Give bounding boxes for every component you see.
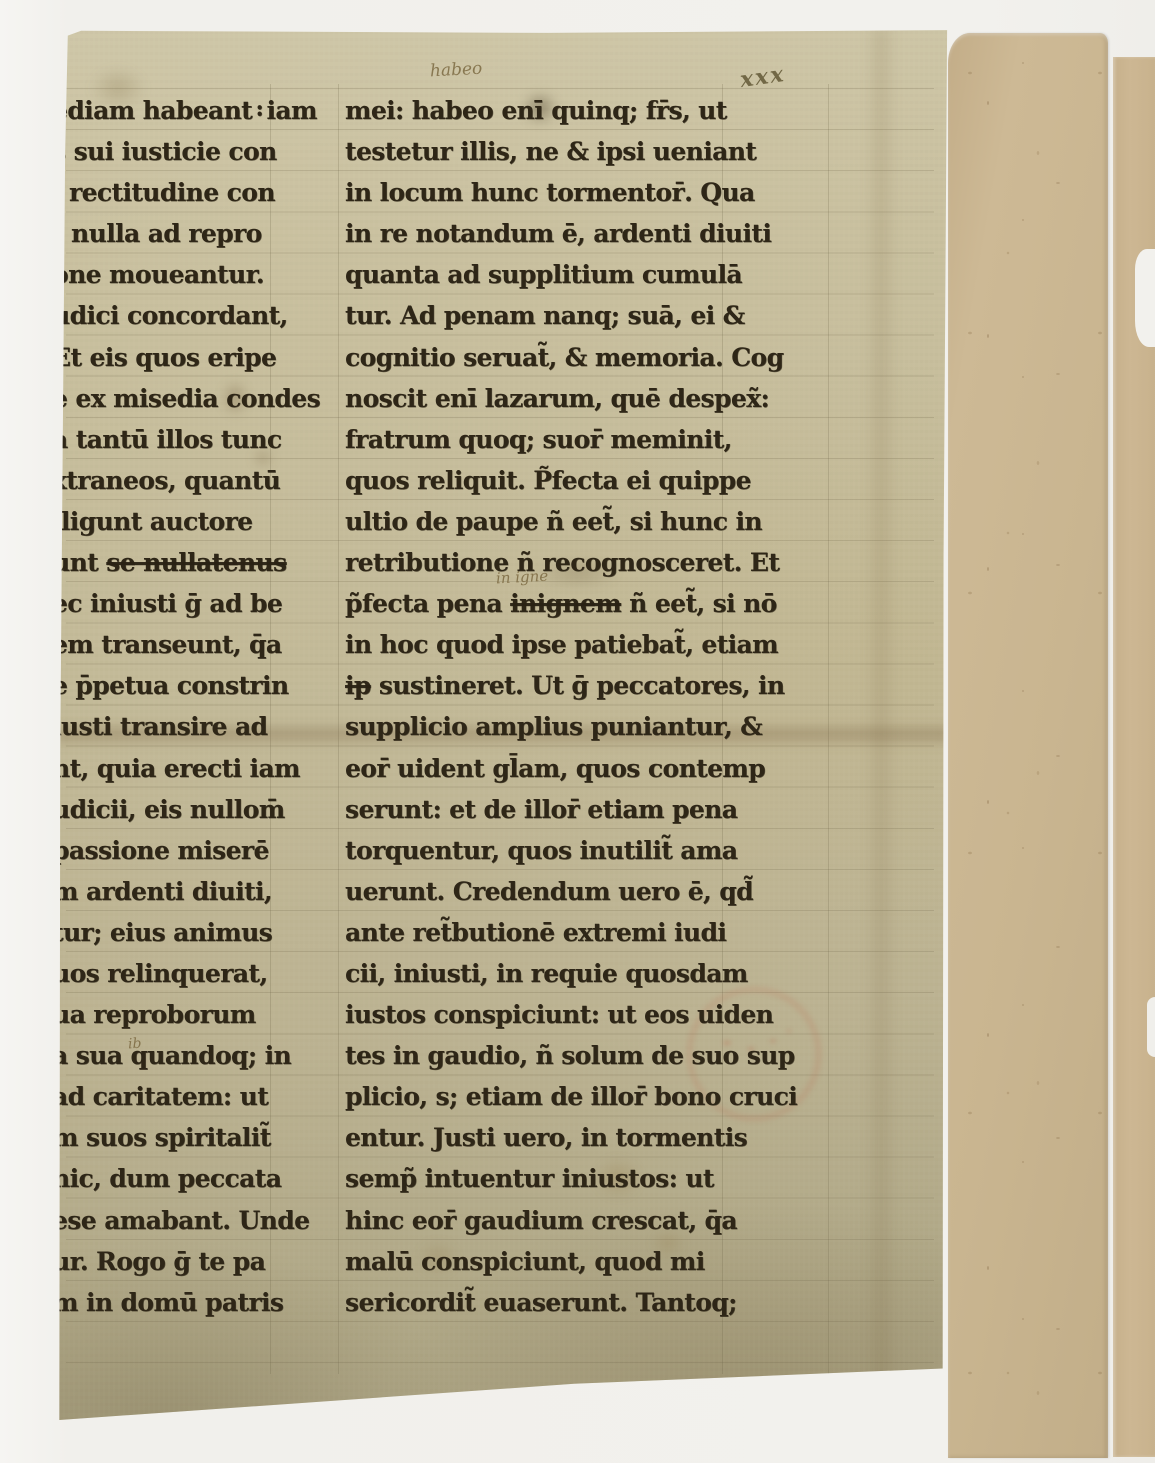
text-line: one moueantur. — [52, 254, 302, 295]
text-line: in re notandum ē, ardenti diuiti — [345, 213, 765, 254]
guard-paper-strip — [948, 33, 1108, 1458]
text-line: ante ret̃butionē extremi iudi — [345, 912, 765, 953]
text-line: ip sustineret. Ut ḡ peccatores, in — [345, 665, 765, 706]
text-line: supplicio amplius puniantur, & — [345, 706, 765, 747]
text-line: malū conspiciunt, quod mi — [345, 1241, 765, 1282]
digitized-manuscript-photo: { "page": { "description_label": "manusc… — [0, 0, 1155, 1463]
text-line: i rectitudine con — [52, 172, 302, 213]
text-line: ediam habeant᛬iam — [52, 90, 302, 131]
text-line: m suos spiritalit̃ — [52, 1117, 302, 1158]
text-line: sericordit̃ euaserunt. Tantoq; — [345, 1282, 765, 1323]
text-line: ultio de paupe ñ eet̃, si hunc in — [345, 501, 765, 542]
paper-tear-notch — [1135, 249, 1155, 347]
text-line: p̃fecta pena inignem ñ eet̃, si nō — [345, 583, 765, 624]
text-line: uerunt. Credendum uero ē, qd̃ — [345, 871, 765, 912]
text-line: iligunt auctore — [52, 501, 302, 542]
text-line: hinc eor̄ gaudium crescat, q̄a — [345, 1200, 765, 1241]
vertical-crease-shadow — [868, 28, 894, 1420]
text-line: ua reproborum — [52, 994, 302, 1035]
text-line: t nulla ad repro — [52, 213, 302, 254]
text-line: ec iniusti ḡ ad be — [52, 583, 302, 624]
manuscript-leaf: ediam habeant᛬iams sui iusticie coni rec… — [58, 28, 948, 1420]
text-line: a sua quandoq; in — [52, 1035, 302, 1076]
text-line: semp̃ intuentur iniustos: ut — [345, 1158, 765, 1199]
interlinear-gloss-in-igne: in igne — [496, 567, 549, 588]
text-line: cognitio seruat̃, & memoria. Cog — [345, 337, 765, 378]
text-column-main: mei: habeo enī quinq; fr̄s, uttestetur i… — [345, 90, 765, 1323]
text-line: mei: habeo enī quinq; fr̄s, ut — [345, 90, 765, 131]
text-line: uos relinquerat, — [52, 953, 302, 994]
text-line: ese amabant. Unde — [52, 1200, 302, 1241]
text-line: e p̄petua constrin — [52, 665, 302, 706]
text-column-left: ediam habeant᛬iams sui iusticie coni rec… — [52, 90, 302, 1323]
interlinear-gloss-habeo: habeo — [430, 59, 483, 82]
text-line: serunt: et de illor̄ etiam pena — [345, 789, 765, 830]
text-line: in locum hunc tormentor̄. Qua — [345, 172, 765, 213]
text-line: torquentur, quos inutilit̃ ama — [345, 830, 765, 871]
text-line: a tantū illos tunc — [52, 419, 302, 460]
text-line: Et eis quos eripe — [52, 337, 302, 378]
text-line: entur. Justi uero, in tormentis — [345, 1117, 765, 1158]
text-line: s sui iusticie con — [52, 131, 302, 172]
text-line: nt, quia erecti iam — [52, 748, 302, 789]
text-line: fratrum quoq; suor̄ meminit, — [345, 419, 765, 460]
text-line: tur; eius animus — [52, 912, 302, 953]
text-line: iusti transire ad — [52, 706, 302, 747]
text-line: eor̄ uident gl̄am, quos contemp — [345, 748, 765, 789]
text-line: hic, dum peccata — [52, 1158, 302, 1199]
text-line: tur. Ad penam nanq; suā, ei & — [345, 295, 765, 336]
text-line: ad caritatem: ut — [52, 1076, 302, 1117]
paper-tear-notch-small — [1147, 997, 1155, 1057]
text-line: iustos conspiciunt: ut eos uiden — [345, 994, 765, 1035]
text-line: passione miserē — [52, 830, 302, 871]
text-line: em transeunt, q̄a — [52, 624, 302, 665]
interlinear-gloss-ib: ib — [128, 1036, 142, 1053]
text-line: ur. Rogo ḡ te pa — [52, 1241, 302, 1282]
text-line: xtraneos, quantū — [52, 460, 302, 501]
text-line: noscit enī lazarum, quē despex̃: — [345, 378, 765, 419]
text-line: cii, iniusti, in requie quosdam — [345, 953, 765, 994]
text-line: m ardenti diuiti, — [52, 871, 302, 912]
text-line: udici concordant, — [52, 295, 302, 336]
text-line: unt se nullatenus — [52, 542, 302, 583]
text-line: m in domū patris — [52, 1282, 302, 1323]
text-line: quos reliquit. P̃fecta ei quippe — [345, 460, 765, 501]
text-line: tes in gaudio, ñ solum de suo sup — [345, 1035, 765, 1076]
text-line: quanta ad supplitium cumulā — [345, 254, 765, 295]
text-line: in hoc quod ipse patiebat̃, etiam — [345, 624, 765, 665]
text-line: testetur illis, ne & ipsi ueniant — [345, 131, 765, 172]
text-line: plicio, s; etiam de illor̄ bono cruci — [345, 1076, 765, 1117]
text-line: retributione ñ recognosceret. Et — [345, 542, 765, 583]
text-line: udicii, eis nullom̄ — [52, 789, 302, 830]
text-line: e ex misedia condes — [52, 378, 302, 419]
right-page-edge-paper — [1113, 57, 1155, 1457]
guard-paper-texture — [948, 33, 1108, 1458]
